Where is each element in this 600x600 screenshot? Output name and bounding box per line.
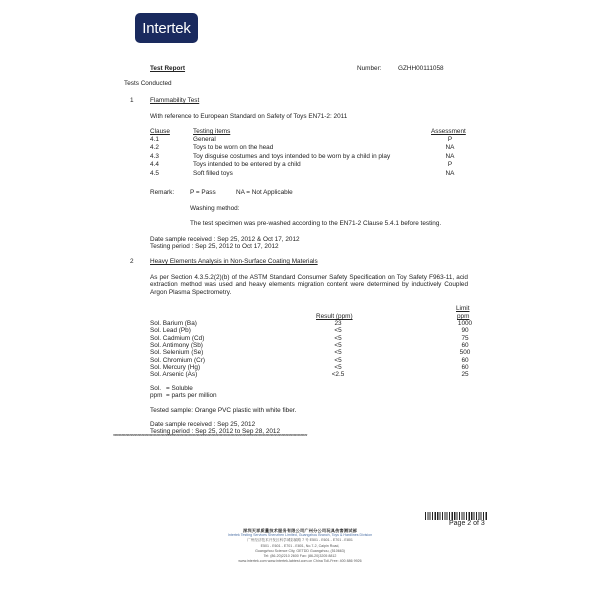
tests-conducted-heading: Tests Conducted (124, 80, 172, 87)
legend-sol-abbr: Sol. (150, 385, 161, 392)
element-name: Sol. Antimony (Sb) (150, 342, 203, 349)
report-title: Test Report (150, 65, 185, 72)
element-limit: 60 (454, 357, 476, 364)
report-number: GZHH00111058 (398, 65, 444, 72)
element-limit: 1000 (454, 320, 476, 327)
element-result: 23 (320, 320, 356, 327)
element-result: <5 (320, 364, 356, 371)
testing-item: Toys to be worn on the head (193, 144, 273, 151)
element-name: Sol. Mercury (Hg) (150, 364, 200, 371)
element-limit: 90 (454, 327, 476, 334)
separator-line: ****************************************… (113, 434, 493, 440)
element-name: Sol. Lead (Pb) (150, 327, 191, 334)
section-1-title: Flammability Test (150, 97, 199, 104)
element-result: <5 (320, 357, 356, 364)
washing-method-text: The test specimen was pre-washed accordi… (190, 220, 441, 227)
assessment: NA (440, 144, 460, 151)
section-1-testing-period: Testing period : Sep 25, 2012 to Oct 17,… (150, 243, 279, 250)
heavy-element-row: Sol. Arsenic (As)<2.525 (0, 371, 600, 379)
element-name: Sol. Arsenic (As) (150, 371, 197, 378)
element-name: Sol. Selenium (Se) (150, 349, 203, 356)
section-1-reference: With reference to European Standard on S… (150, 113, 347, 120)
intertek-logo: Intertek (135, 13, 198, 43)
element-name: Sol. Barium (Ba) (150, 320, 197, 327)
legend-ppm-meaning: = parts per million (166, 392, 217, 399)
element-limit: 60 (454, 364, 476, 371)
element-limit: 500 (454, 349, 476, 356)
flammability-row: 4.5Soft filled toysNA (0, 170, 600, 178)
clause: 4.5 (150, 170, 159, 177)
legend-sol-meaning: = Soluble (166, 385, 193, 392)
element-limit: 75 (454, 335, 476, 342)
section-2-index: 2 (130, 258, 134, 265)
legend-ppm-abbr: ppm (150, 392, 162, 399)
clause: 4.2 (150, 144, 159, 151)
assessment: NA (440, 170, 460, 177)
testing-item: Toy disguise costumes and toys intended … (193, 153, 390, 160)
number-label: Number: (357, 65, 382, 72)
testing-item: General (193, 136, 216, 143)
clause: 4.4 (150, 161, 159, 168)
element-result: <5 (320, 349, 356, 356)
testing-item: Soft filled toys (193, 170, 233, 177)
section-1-date-received: Date sample received : Sep 25, 2012 & Oc… (150, 236, 300, 243)
flammability-row: 4.1GeneralP (0, 136, 600, 144)
section-2-date-received: Date sample received : Sep 25, 2012 (150, 421, 255, 428)
element-result: <5 (320, 342, 356, 349)
element-limit: 25 (454, 371, 476, 378)
element-limit: 60 (454, 342, 476, 349)
remark-na: NA = Not Applicable (236, 189, 293, 196)
section-1-index: 1 (130, 97, 134, 104)
element-result: <5 (320, 335, 356, 342)
flammability-row: 4.3Toy disguise costumes and toys intend… (0, 153, 600, 161)
flammability-row: 4.4Toys intended to be entered by a chil… (0, 161, 600, 169)
footer-web: www.intertek.com www.intertek-labtest.co… (190, 559, 410, 564)
remark-pass: P = Pass (190, 189, 216, 196)
assessment: NA (440, 153, 460, 160)
remark-label: Remark: (150, 189, 174, 196)
tested-sample: Tested sample: Orange PVC plastic with w… (150, 407, 296, 414)
washing-method-label: Washing method: (190, 205, 240, 212)
element-name: Sol. Chromium (Cr) (150, 357, 205, 364)
col-clause-header: Clause (150, 128, 170, 135)
page-number: Page 2 of 3 (449, 520, 485, 527)
assessment: P (440, 161, 460, 168)
element-result: <2.5 (320, 371, 356, 378)
col-limit-unit-header: ppm (457, 313, 469, 320)
col-assessment-header: Assessment (431, 128, 466, 135)
testing-item: Toys intended to be entered by a child (193, 161, 301, 168)
col-limit-header: Limit (456, 305, 470, 312)
clause: 4.3 (150, 153, 159, 160)
flammability-row: 4.2Toys to be worn on the headNA (0, 144, 600, 152)
footer-address: 深圳天祥质量技术服务有限公司广州分公司玩具伤害测试部 Intertek Test… (190, 528, 410, 564)
element-result: <5 (320, 327, 356, 334)
col-testing-items-header: Testing items (193, 128, 230, 135)
section-2-description: As per Section 4.3.5.2(2)(b) of the ASTM… (150, 274, 468, 296)
col-result-header: Result (ppm) (316, 313, 353, 320)
clause: 4.1 (150, 136, 159, 143)
element-name: Sol. Cadmium (Cd) (150, 335, 204, 342)
barcode (425, 512, 487, 520)
assessment: P (440, 136, 460, 143)
logo-text: Intertek (142, 20, 190, 37)
section-2-title: Heavy Elements Analysis in Non-Surface C… (150, 258, 318, 265)
